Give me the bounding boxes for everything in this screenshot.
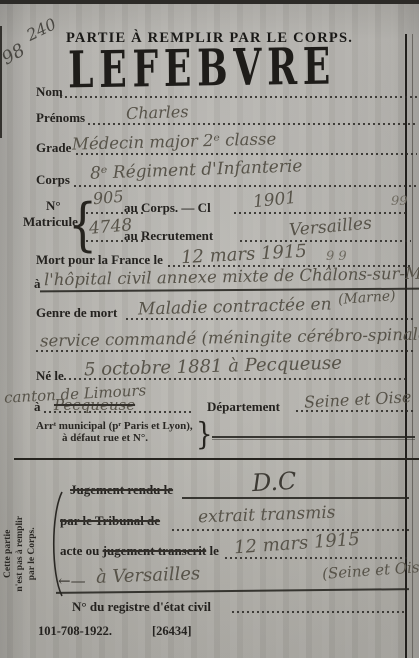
corps-value: 8ᵉ Régiment d'Infanterie bbox=[90, 156, 303, 183]
arrondissement-label-line2: à défaut rue et N°. bbox=[62, 432, 148, 444]
matricule-classe-dots bbox=[234, 212, 407, 214]
naissance-a-label: à bbox=[34, 399, 41, 415]
nom-value: LEFEBVRE bbox=[68, 42, 336, 97]
matricule-no-label: N° bbox=[46, 198, 61, 214]
genre-mort-line2-value: service commandé (méningite cérébro-spin… bbox=[40, 325, 419, 351]
naissance-a-struck-value: Pecqueuse bbox=[54, 396, 135, 414]
side-note: Cette partie n'est pas à remplir par le … bbox=[3, 499, 39, 609]
naissance-value: 5 octobre 1881 à Pecqueuse bbox=[84, 353, 342, 381]
nom-label: Nom bbox=[36, 84, 63, 100]
genre-mort-value: Maladie contractée en bbox=[138, 294, 332, 319]
side-note-line1: Cette partie bbox=[3, 499, 15, 609]
arrondissement-label-line1: Arrᵗ municipal (pʳ Paris et Lyon), bbox=[36, 420, 193, 432]
top-edge-shadow bbox=[0, 0, 419, 4]
matricule-corps-number: 905 bbox=[92, 187, 124, 209]
arrondissement-line bbox=[212, 436, 415, 438]
lieu-mort-value: l'hôpital civil annexe mixte de Châlons-… bbox=[44, 267, 419, 289]
matricule-classe-mark: 99 bbox=[391, 194, 408, 209]
tribunal-label: par le Tribunal de bbox=[60, 513, 160, 529]
imprint-code: 101-708-1922. bbox=[38, 624, 112, 639]
prenoms-value: Charles bbox=[126, 102, 189, 123]
acte-label-prefix: acte ou bbox=[60, 543, 99, 558]
jugement-label: Jugement rendu le bbox=[70, 482, 173, 498]
recrutement-line bbox=[240, 240, 411, 242]
lieu-transcription-value: à Versailles bbox=[96, 563, 201, 588]
registre-line bbox=[232, 611, 405, 613]
departement-value: Seine et Oise bbox=[304, 387, 412, 412]
side-note-line3: par le Corps. bbox=[27, 499, 39, 609]
genre-mort-label: Genre de mort bbox=[36, 305, 117, 321]
corps-label: Corps bbox=[36, 172, 70, 188]
acte-date-value: 12 mars 1915 bbox=[233, 529, 360, 559]
registre-label: N° du registre d'état civil bbox=[72, 599, 211, 615]
genre-mort-note: (Marne) bbox=[338, 288, 397, 308]
naissance-label: Né le bbox=[36, 368, 64, 384]
matricule-classe-value: 1901 bbox=[252, 188, 297, 212]
recrutement-place-value: Versailles bbox=[288, 213, 372, 240]
genre-mort-line2-rule bbox=[36, 350, 413, 352]
grade-line bbox=[76, 153, 417, 155]
section-divider bbox=[14, 458, 419, 460]
acte-label-suffix: le bbox=[209, 543, 218, 558]
prenoms-label: Prénoms bbox=[36, 110, 85, 126]
mort-label: Mort pour la France le bbox=[36, 252, 163, 268]
corps-line bbox=[74, 185, 417, 187]
acte-label-struck: jugement transcrit bbox=[103, 543, 207, 558]
scanned-document: 240 98 PARTIE À REMPLIR PAR LE CORPS. No… bbox=[0, 0, 419, 658]
prenoms-line bbox=[88, 123, 417, 125]
au-corps-label: au Corps. — Cl bbox=[124, 200, 211, 216]
mort-flourish: 9 9 bbox=[326, 249, 347, 264]
jugement-value: D.C bbox=[251, 467, 297, 497]
arrondissement-line2 bbox=[212, 439, 415, 440]
lieu-mort-value-clip: l'hôpital civil annexe mixte de Châlons-… bbox=[44, 267, 419, 291]
lieu-transcription-dash: ←— bbox=[58, 572, 86, 590]
lieu-transcription-line bbox=[56, 588, 409, 593]
imprint-ref: [26434] bbox=[152, 624, 192, 639]
jugement-line bbox=[182, 497, 409, 499]
side-note-line2: n'est pas à remplir bbox=[15, 499, 27, 609]
grade-value: Médecin major 2ᵉ classe bbox=[72, 129, 277, 153]
acte-line bbox=[225, 557, 409, 559]
au-recrutement-label: au Recrutement bbox=[124, 228, 213, 244]
departement-label: Département bbox=[207, 399, 280, 415]
tribunal-value: extrait transmis bbox=[198, 503, 336, 528]
grade-label: Grade bbox=[36, 140, 71, 156]
acte-label: acte ou jugement transcrit le bbox=[60, 543, 219, 559]
tribunal-line bbox=[172, 529, 409, 531]
arrondissement-brace: } bbox=[196, 417, 213, 453]
